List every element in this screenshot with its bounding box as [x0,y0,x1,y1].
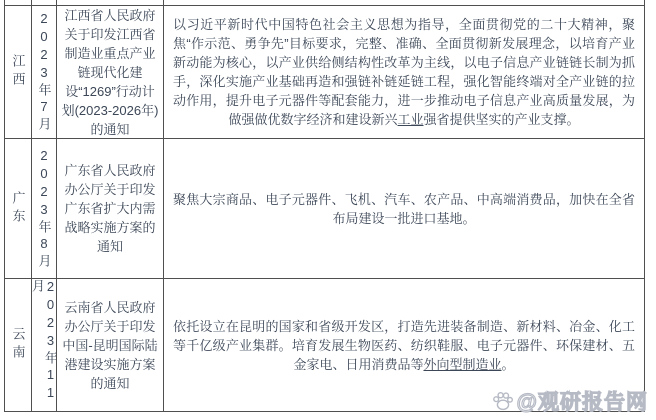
date-label: 2023年7月 [38,11,51,133]
date-label: 2023年8月 [38,148,51,270]
summary-text-run: 强省提供坚实的产业支撑。 [424,112,580,127]
inline-keyword-link[interactable]: 工业 [397,112,423,127]
summary-text-run: 依托设立在昆明的国家和省级开发区，打造先进装备制造、新材料、冶金、化工等千亿级产… [173,319,635,372]
summary-text-run: 以习近平新时代中国特色社会主义思想为指导，全面贯彻党的二十大精神，聚焦“作示范、… [173,17,635,127]
date-cell-yunnan: 2023年11月 [32,279,57,411]
inline-keyword-link[interactable]: 外向型制造业 [423,357,501,372]
summary-text: 聚焦大宗商品、电子元器件、飞机、汽车、农产品、中高端消费品，加快在全省布局建设一… [173,190,635,228]
province-label: 云南 [12,327,25,363]
province-cell-jiangxi: 江西 [5,6,32,139]
document-title: 江西省人民政府关于印发江西省制造业重点产业链现代化建设“1269”行动计划(20… [61,6,159,139]
document-title: 广东省人民政府办公厅关于印发广东省扩大内需战略实施方案的通知 [61,161,159,256]
summary-cell-guangdong: 聚焦大宗商品、电子元器件、飞机、汽车、农产品、中高端消费品，加快在全省布局建设一… [164,139,644,279]
document-title: 云南省人民政府办公厅关于印发中国-昆明国际陆港建设实施方案的通知 [61,298,159,393]
province-label: 江西 [12,54,25,90]
summary-cell-jiangxi: 以习近平新时代中国特色社会主义思想为指导，全面贯彻党的二十大精神，聚焦“作示范、… [164,6,644,139]
document-title-cell-guangdong: 广东省人民政府办公厅关于印发广东省扩大内需战略实施方案的通知 [57,139,164,279]
date-cell-jiangxi: 2023年7月 [32,6,57,139]
document-title-cell-yunnan: 云南省人民政府办公厅关于印发中国-昆明国际陆港建设实施方案的通知 [57,279,164,411]
summary-text-run: 聚焦大宗商品、电子元器件、飞机、汽车、农产品、中高端消费品，加快在全省布局建设一… [173,192,635,226]
summary-cell-yunnan: 依托设立在昆明的国家和省级开发区，打造先进装备制造、新材料、冶金、化工等千亿级产… [164,279,644,411]
document-title-cell-jiangxi: 江西省人民政府关于印发江西省制造业重点产业链现代化建设“1269”行动计划(20… [57,6,164,139]
province-cell-guangdong: 广东 [5,139,32,279]
summary-text-run: 。 [502,357,515,372]
province-cell-yunnan: 云南 [5,279,32,411]
summary-text: 依托设立在昆明的国家和省级开发区，打造先进装备制造、新材料、冶金、化工等千亿级产… [173,317,635,374]
province-label: 广东 [12,191,25,227]
date-cell-guangdong: 2023年8月 [32,139,57,279]
summary-text: 以习近平新时代中国特色社会主义思想为指导，全面贯彻党的二十大精神，聚焦“作示范、… [173,15,635,129]
date-label: 2023年11月 [32,279,57,411]
provincial-policy-table: 江西 2023年7月 江西省人民政府关于印发江西省制造业重点产业链现代化建设“1… [4,5,645,412]
